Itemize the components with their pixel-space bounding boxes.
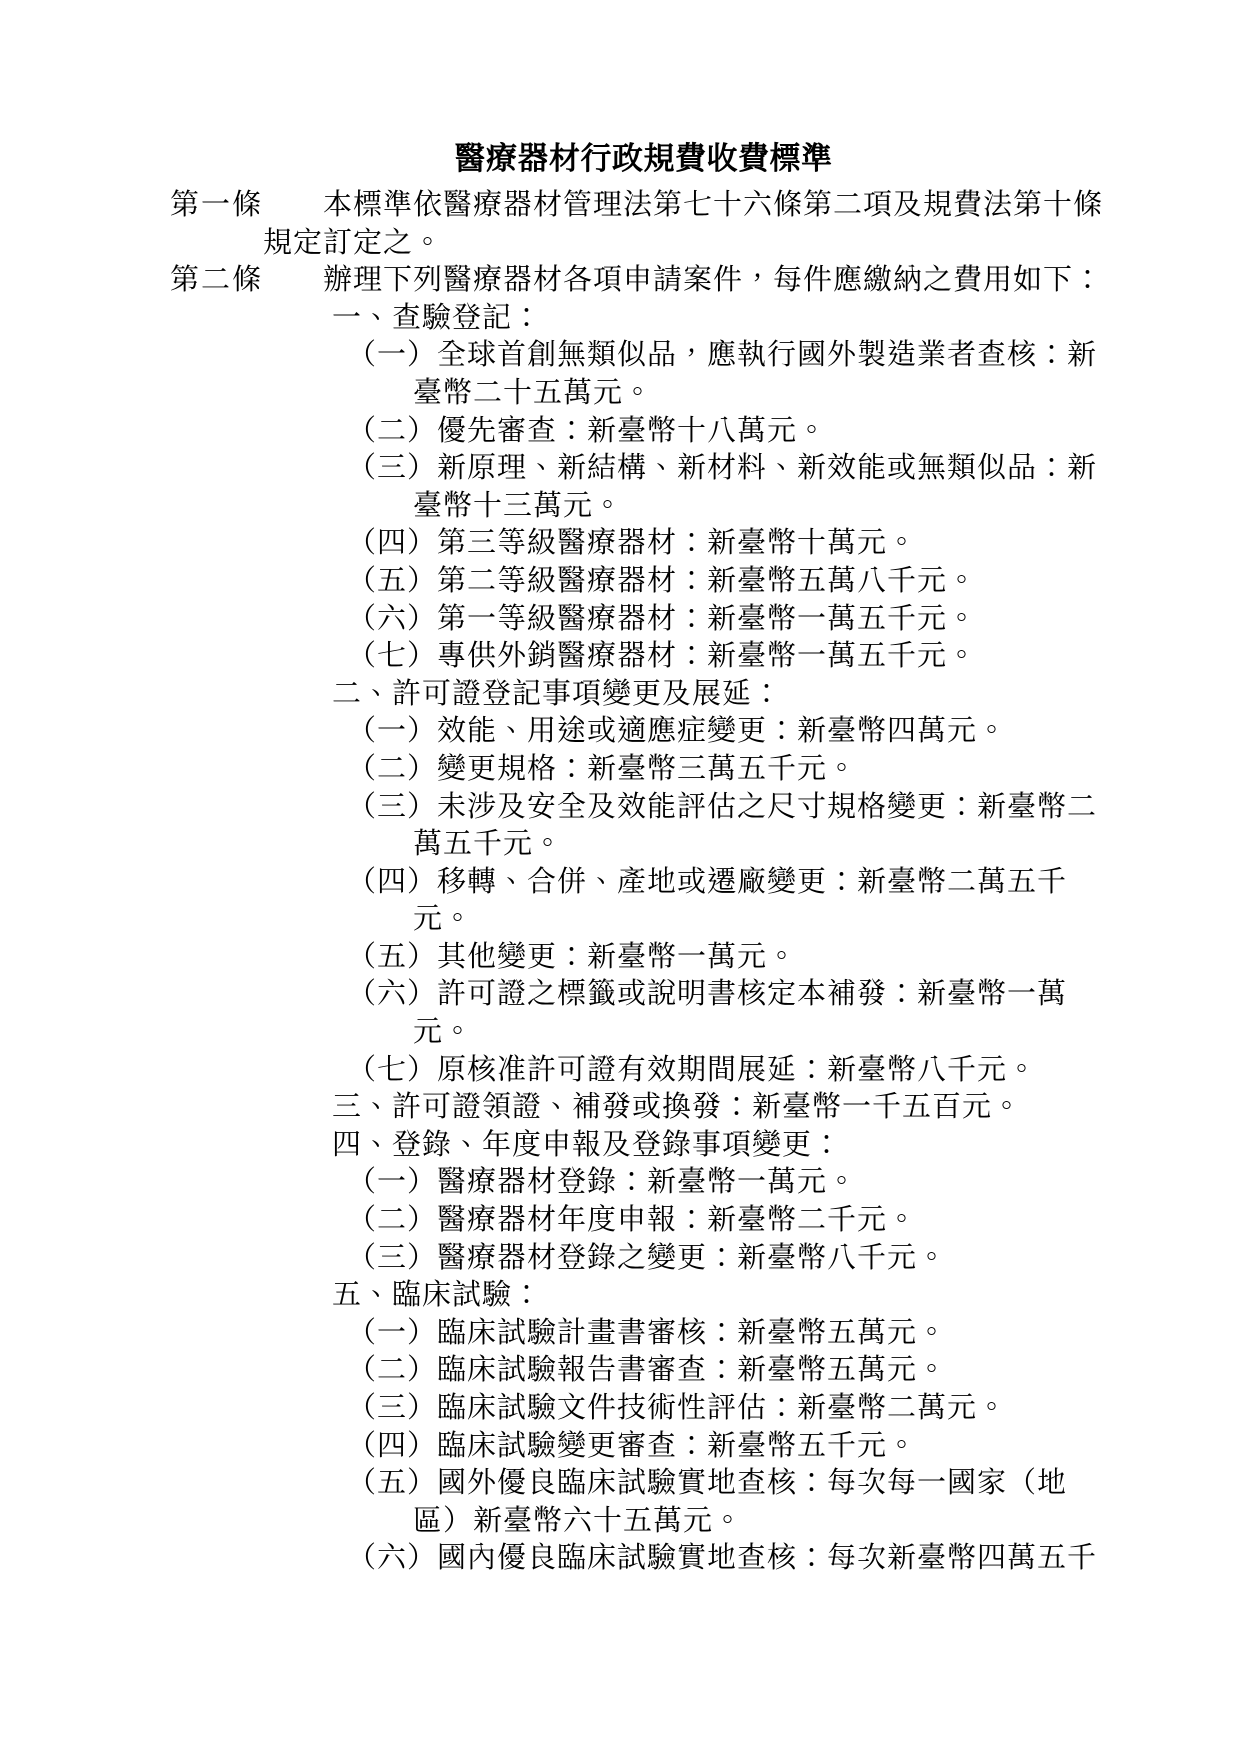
section-2-header: 二、許可證登記事項變更及展延： [0, 676, 1241, 714]
article-1-continuation: 規定訂定之。 [0, 225, 1241, 263]
section-4-item-1: （一）醫療器材登錄：新臺幣一萬元。 [0, 1164, 1241, 1202]
section-2-item-4-cont: 元。 [0, 901, 1241, 939]
article-2-label: 第二條 [170, 262, 323, 300]
section-1-item-3: （三）新原理、新結構、新材料、新效能或無類似品：新 [0, 450, 1241, 488]
section-5-item-6: （六）國內優良臨床試驗實地查核：每次新臺幣四萬五千 [0, 1540, 1241, 1578]
section-2-item-4: （四）移轉、合併、產地或遷廠變更：新臺幣二萬五千 [0, 864, 1241, 902]
section-4-header: 四、登錄、年度申報及登錄事項變更： [0, 1127, 1241, 1165]
article-1-label: 第一條 [170, 187, 323, 225]
section-3-line: 三、許可證領證、補發或換發：新臺幣一千五百元。 [0, 1089, 1241, 1127]
document-body: 第一條本標準依醫療器材管理法第七十六條第二項及規費法第十條 規定訂定之。 第二條… [0, 187, 1241, 1578]
section-1-item-2: （二）優先審查：新臺幣十八萬元。 [0, 413, 1241, 451]
section-2-item-6: （六）許可證之標籤或說明書核定本補發：新臺幣一萬 [0, 976, 1241, 1014]
section-1-item-3-cont: 臺幣十三萬元。 [0, 488, 1241, 526]
section-2-item-7: （七）原核准許可證有效期間展延：新臺幣八千元。 [0, 1052, 1241, 1090]
section-1-item-1: （一）全球首創無類似品，應執行國外製造業者查核：新 [0, 337, 1241, 375]
article-2-text: 辦理下列醫療器材各項申請案件，每件應繳納之費用如下： [323, 264, 1103, 296]
section-5-item-4: （四）臨床試驗變更審查：新臺幣五千元。 [0, 1428, 1241, 1466]
article-2-line: 第二條辦理下列醫療器材各項申請案件，每件應繳納之費用如下： [0, 262, 1241, 300]
section-1-item-6: （六）第一等級醫療器材：新臺幣一萬五千元。 [0, 601, 1241, 639]
article-1-line: 第一條本標準依醫療器材管理法第七十六條第二項及規費法第十條 [0, 187, 1241, 225]
section-1-item-7: （七）專供外銷醫療器材：新臺幣一萬五千元。 [0, 638, 1241, 676]
section-2-item-3: （三）未涉及安全及效能評估之尺寸規格變更：新臺幣二 [0, 789, 1241, 827]
section-5-item-5-cont: 區）新臺幣六十五萬元。 [0, 1503, 1241, 1541]
document-title: 醫療器材行政規費收費標準 [0, 138, 1241, 180]
section-4-item-3: （三）醫療器材登錄之變更：新臺幣八千元。 [0, 1240, 1241, 1278]
section-5-item-3: （三）臨床試驗文件技術性評估：新臺幣二萬元。 [0, 1390, 1241, 1428]
section-2-item-3-cont: 萬五千元。 [0, 826, 1241, 864]
section-2-item-2: （二）變更規格：新臺幣三萬五千元。 [0, 751, 1241, 789]
section-5-item-5: （五）國外優良臨床試驗實地查核：每次每一國家（地 [0, 1465, 1241, 1503]
section-5-item-2: （二）臨床試驗報告書審查：新臺幣五萬元。 [0, 1352, 1241, 1390]
section-5-item-1: （一）臨床試驗計畫書審核：新臺幣五萬元。 [0, 1315, 1241, 1353]
section-1-item-1-cont: 臺幣二十五萬元。 [0, 375, 1241, 413]
section-1-item-5: （五）第二等級醫療器材：新臺幣五萬八千元。 [0, 563, 1241, 601]
section-2-item-5: （五）其他變更：新臺幣一萬元。 [0, 939, 1241, 977]
section-2-item-1: （一）效能、用途或適應症變更：新臺幣四萬元。 [0, 713, 1241, 751]
section-1-header: 一、查驗登記： [0, 300, 1241, 338]
section-5-header: 五、臨床試驗： [0, 1277, 1241, 1315]
article-1-text: 本標準依醫療器材管理法第七十六條第二項及規費法第十條 [323, 189, 1103, 221]
section-4-item-2: （二）醫療器材年度申報：新臺幣二千元。 [0, 1202, 1241, 1240]
section-1-item-4: （四）第三等級醫療器材：新臺幣十萬元。 [0, 525, 1241, 563]
document-page: 醫療器材行政規費收費標準 第一條本標準依醫療器材管理法第七十六條第二項及規費法第… [0, 0, 1241, 1755]
section-2-item-6-cont: 元。 [0, 1014, 1241, 1052]
